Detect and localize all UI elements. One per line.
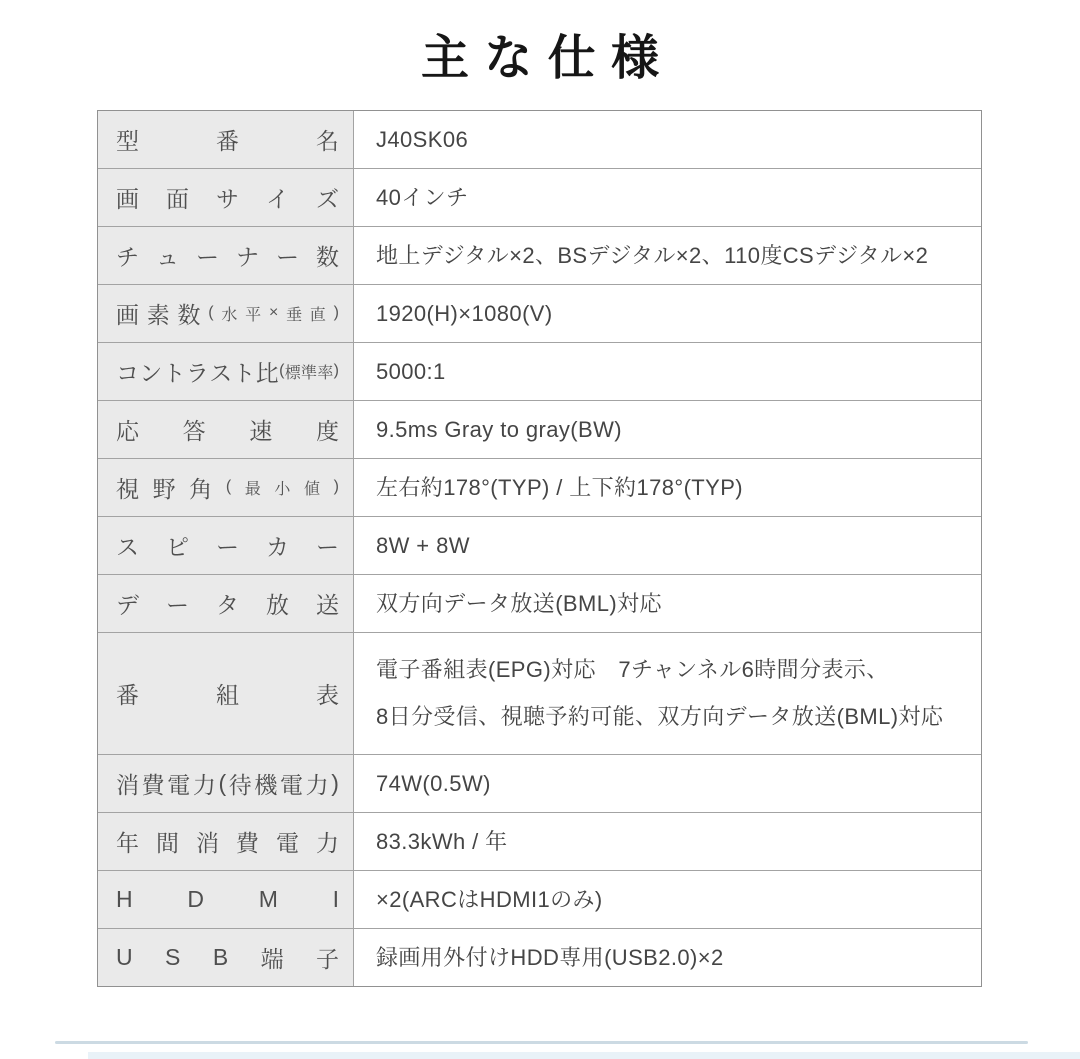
spec-label: チューナー数 xyxy=(98,227,354,284)
spec-row-contrast: コントラスト比 (標準率) 5000:1 xyxy=(98,342,981,400)
spec-row-response-speed: 応答速度 9.5ms Gray to gray(BW) xyxy=(98,400,981,458)
page-title: 主な仕様 xyxy=(0,30,1080,88)
spec-label: USB端子 xyxy=(98,929,354,986)
spec-row-usb: USB端子 録画用外付けHDD専用(USB2.0)×2 xyxy=(98,928,981,986)
spec-label: 消費電力(待機電力) xyxy=(98,755,354,812)
spec-row-pixels: 画素数 (水平×垂直) 1920(H)×1080(V) xyxy=(98,284,981,342)
spec-row-power-consumption: 消費電力(待機電力) 74W(0.5W) xyxy=(98,754,981,812)
bottom-divider xyxy=(55,1041,1028,1044)
spec-row-hdmi: HDMI ×2(ARCはHDMI1のみ) xyxy=(98,870,981,928)
spec-label: データ放送 xyxy=(98,575,354,632)
spec-value: ×2(ARCはHDMI1のみ) xyxy=(354,871,981,928)
spec-row-screen-size: 画面サイズ 40インチ xyxy=(98,168,981,226)
spec-row-data-broadcast: データ放送 双方向データ放送(BML)対応 xyxy=(98,574,981,632)
spec-value: 録画用外付けHDD専用(USB2.0)×2 xyxy=(354,929,981,986)
spec-row-tuners: チューナー数 地上デジタル×2、BSデジタル×2、110度CSデジタル×2 xyxy=(98,226,981,284)
spec-value: 電子番組表(EPG)対応 7チャンネル6時間分表示、 8日分受信、視聴予約可能、… xyxy=(354,633,981,754)
spec-label: 応答速度 xyxy=(98,401,354,458)
spec-label: コントラスト比 (標準率) xyxy=(98,343,354,400)
spec-label: 番組表 xyxy=(98,633,354,754)
spec-value: 9.5ms Gray to gray(BW) xyxy=(354,401,981,458)
spec-value: 40インチ xyxy=(354,169,981,226)
spec-value: 8W + 8W xyxy=(354,517,981,574)
spec-label: 年間消費電力 xyxy=(98,813,354,870)
spec-row-model: 型番名 J40SK06 xyxy=(98,111,981,168)
spec-value: 1920(H)×1080(V) xyxy=(354,285,981,342)
spec-row-speaker: スピーカー 8W + 8W xyxy=(98,516,981,574)
spec-value: J40SK06 xyxy=(354,111,981,168)
spec-value: 双方向データ放送(BML)対応 xyxy=(354,575,981,632)
spec-value: 5000:1 xyxy=(354,343,981,400)
spec-label: スピーカー xyxy=(98,517,354,574)
spec-label: 画面サイズ xyxy=(98,169,354,226)
spec-value: 74W(0.5W) xyxy=(354,755,981,812)
spec-value: 左右約178°(TYP) / 上下約178°(TYP) xyxy=(354,459,981,516)
spec-row-annual-power: 年間消費電力 83.3kWh / 年 xyxy=(98,812,981,870)
spec-label: 画素数 (水平×垂直) xyxy=(98,285,354,342)
spec-value: 地上デジタル×2、BSデジタル×2、110度CSデジタル×2 xyxy=(354,227,981,284)
spec-value: 83.3kWh / 年 xyxy=(354,813,981,870)
spec-row-viewing-angle: 視野角 (最小値) 左右約178°(TYP) / 上下約178°(TYP) xyxy=(98,458,981,516)
spec-label: 型番名 xyxy=(98,111,354,168)
spec-label: 視野角 (最小値) xyxy=(98,459,354,516)
spec-label: HDMI xyxy=(98,871,354,928)
bottom-band xyxy=(88,1052,1080,1059)
spec-table: 型番名 J40SK06 画面サイズ 40インチ チューナー数 地上デジタル×2、… xyxy=(97,110,982,987)
spec-row-epg: 番組表 電子番組表(EPG)対応 7チャンネル6時間分表示、 8日分受信、視聴予… xyxy=(98,632,981,754)
